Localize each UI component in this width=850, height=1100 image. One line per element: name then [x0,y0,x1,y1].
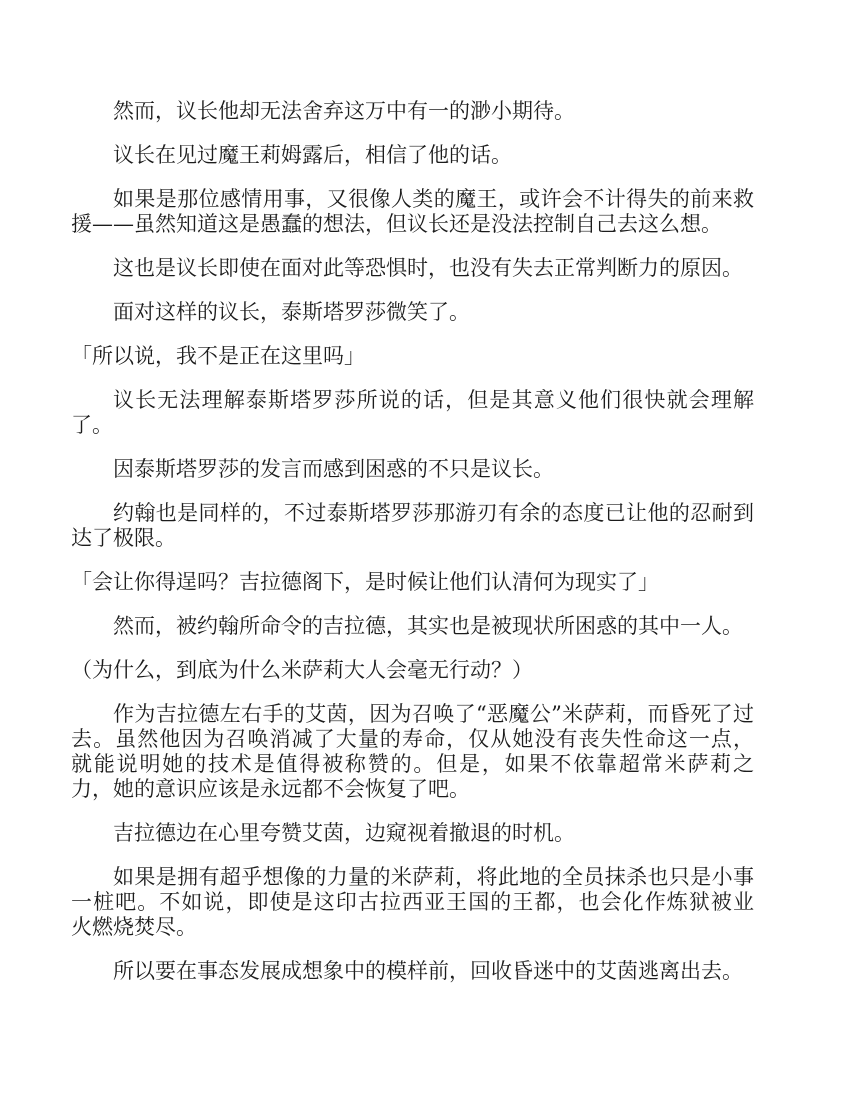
text-line: 面对这样的议长，泰斯塔罗莎微笑了。 [71,300,754,325]
text-line: 吉拉德边在心里夸赞艾茵，边窥视着撤退的时机。 [71,821,754,846]
paragraph-7: 议长无法理解泰斯塔罗莎所说的话，但是其意义他们很快就会理解 了。 [71,388,754,438]
paragraph-5: 面对这样的议长，泰斯塔罗莎微笑了。 [71,300,754,325]
text-line: 议长在见过魔王莉姆露后，相信了他的话。 [71,143,754,168]
text-line: 因泰斯塔罗莎的发言而感到困惑的不只是议长。 [71,457,754,482]
text-line: 如果是拥有超乎想像的力量的米萨莉，将此地的全员抹杀也只是小事 [71,865,754,890]
text-line: 这也是议长即使在面对此等恐惧时，也没有失去正常判断力的原因。 [71,256,754,281]
text-line: 议长无法理解泰斯塔罗莎所说的话，但是其意义他们很快就会理解 [71,388,754,413]
text-line: 援——虽然知道这是愚蠢的想法，但议长还是没法控制自己去这么想。 [71,212,754,237]
text-line: 然而，被约翰所命令的吉拉德，其实也是被现状所困惑的其中一人。 [71,614,754,639]
text-line: 「会让你得逞吗？吉拉德阁下，是时候让他们认清何为现实了」 [71,570,754,595]
text-line: （为什么，到底为什么米萨莉大人会毫无行动？） [71,658,754,683]
paragraph-9: 约翰也是同样的，不过泰斯塔罗莎那游刃有余的态度已让他的忍耐到 达了极限。 [71,501,754,551]
paragraph-10-dialogue: 「会让你得逞吗？吉拉德阁下，是时候让他们认清何为现实了」 [71,570,754,595]
paragraph-11: 然而，被约翰所命令的吉拉德，其实也是被现状所困惑的其中一人。 [71,614,754,639]
text-line: 如果是那位感情用事，又很像人类的魔王，或许会不计得失的前来救 [71,187,754,212]
text-line: 了。 [71,413,754,438]
paragraph-15: 如果是拥有超乎想像的力量的米萨莉，将此地的全员抹杀也只是小事 一桩吧。不如说，即… [71,865,754,940]
paragraph-2: 议长在见过魔王莉姆露后，相信了他的话。 [71,143,754,168]
novel-text-page: 然而，议长他却无法舍弃这万中有一的渺小期待。 议长在见过魔王莉姆露后，相信了他的… [0,0,754,984]
paragraph-6-dialogue: 「所以说，我不是正在这里吗」 [71,344,754,369]
paragraph-12-inner-thought: （为什么，到底为什么米萨莉大人会毫无行动？） [71,658,754,683]
paragraph-13: 作为吉拉德左右手的艾茵，因为召唤了“恶魔公”米萨莉，而昏死了过 去。虽然他因为召… [71,702,754,802]
text-line: 所以要在事态发展成想象中的模样前，回收昏迷中的艾茵逃离出去。 [71,959,754,984]
text-line: 就能说明她的技术是值得被称赞的。但是，如果不依靠超常米萨莉之 [71,752,754,777]
text-line: 「所以说，我不是正在这里吗」 [71,344,754,369]
text-line: 作为吉拉德左右手的艾茵，因为召唤了“恶魔公”米萨莉，而昏死了过 [71,702,754,727]
paragraph-3: 如果是那位感情用事，又很像人类的魔王，或许会不计得失的前来救 援——虽然知道这是… [71,187,754,237]
text-line: 然而，议长他却无法舍弃这万中有一的渺小期待。 [71,99,754,124]
paragraph-16: 所以要在事态发展成想象中的模样前，回收昏迷中的艾茵逃离出去。 [71,959,754,984]
text-line: 火燃烧焚尽。 [71,915,754,940]
text-line: 去。虽然他因为召唤消减了大量的寿命，仅从她没有丧失性命这一点， [71,727,754,752]
text-line: 达了极限。 [71,526,754,551]
paragraph-4: 这也是议长即使在面对此等恐惧时，也没有失去正常判断力的原因。 [71,256,754,281]
text-line: 一桩吧。不如说，即使是这印古拉西亚王国的王都，也会化作炼狱被业 [71,890,754,915]
paragraph-1: 然而，议长他却无法舍弃这万中有一的渺小期待。 [71,99,754,124]
text-line: 力，她的意识应该是永远都不会恢复了吧。 [71,777,754,802]
paragraph-14: 吉拉德边在心里夸赞艾茵，边窥视着撤退的时机。 [71,821,754,846]
paragraph-8: 因泰斯塔罗莎的发言而感到困惑的不只是议长。 [71,457,754,482]
text-line: 约翰也是同样的，不过泰斯塔罗莎那游刃有余的态度已让他的忍耐到 [71,501,754,526]
